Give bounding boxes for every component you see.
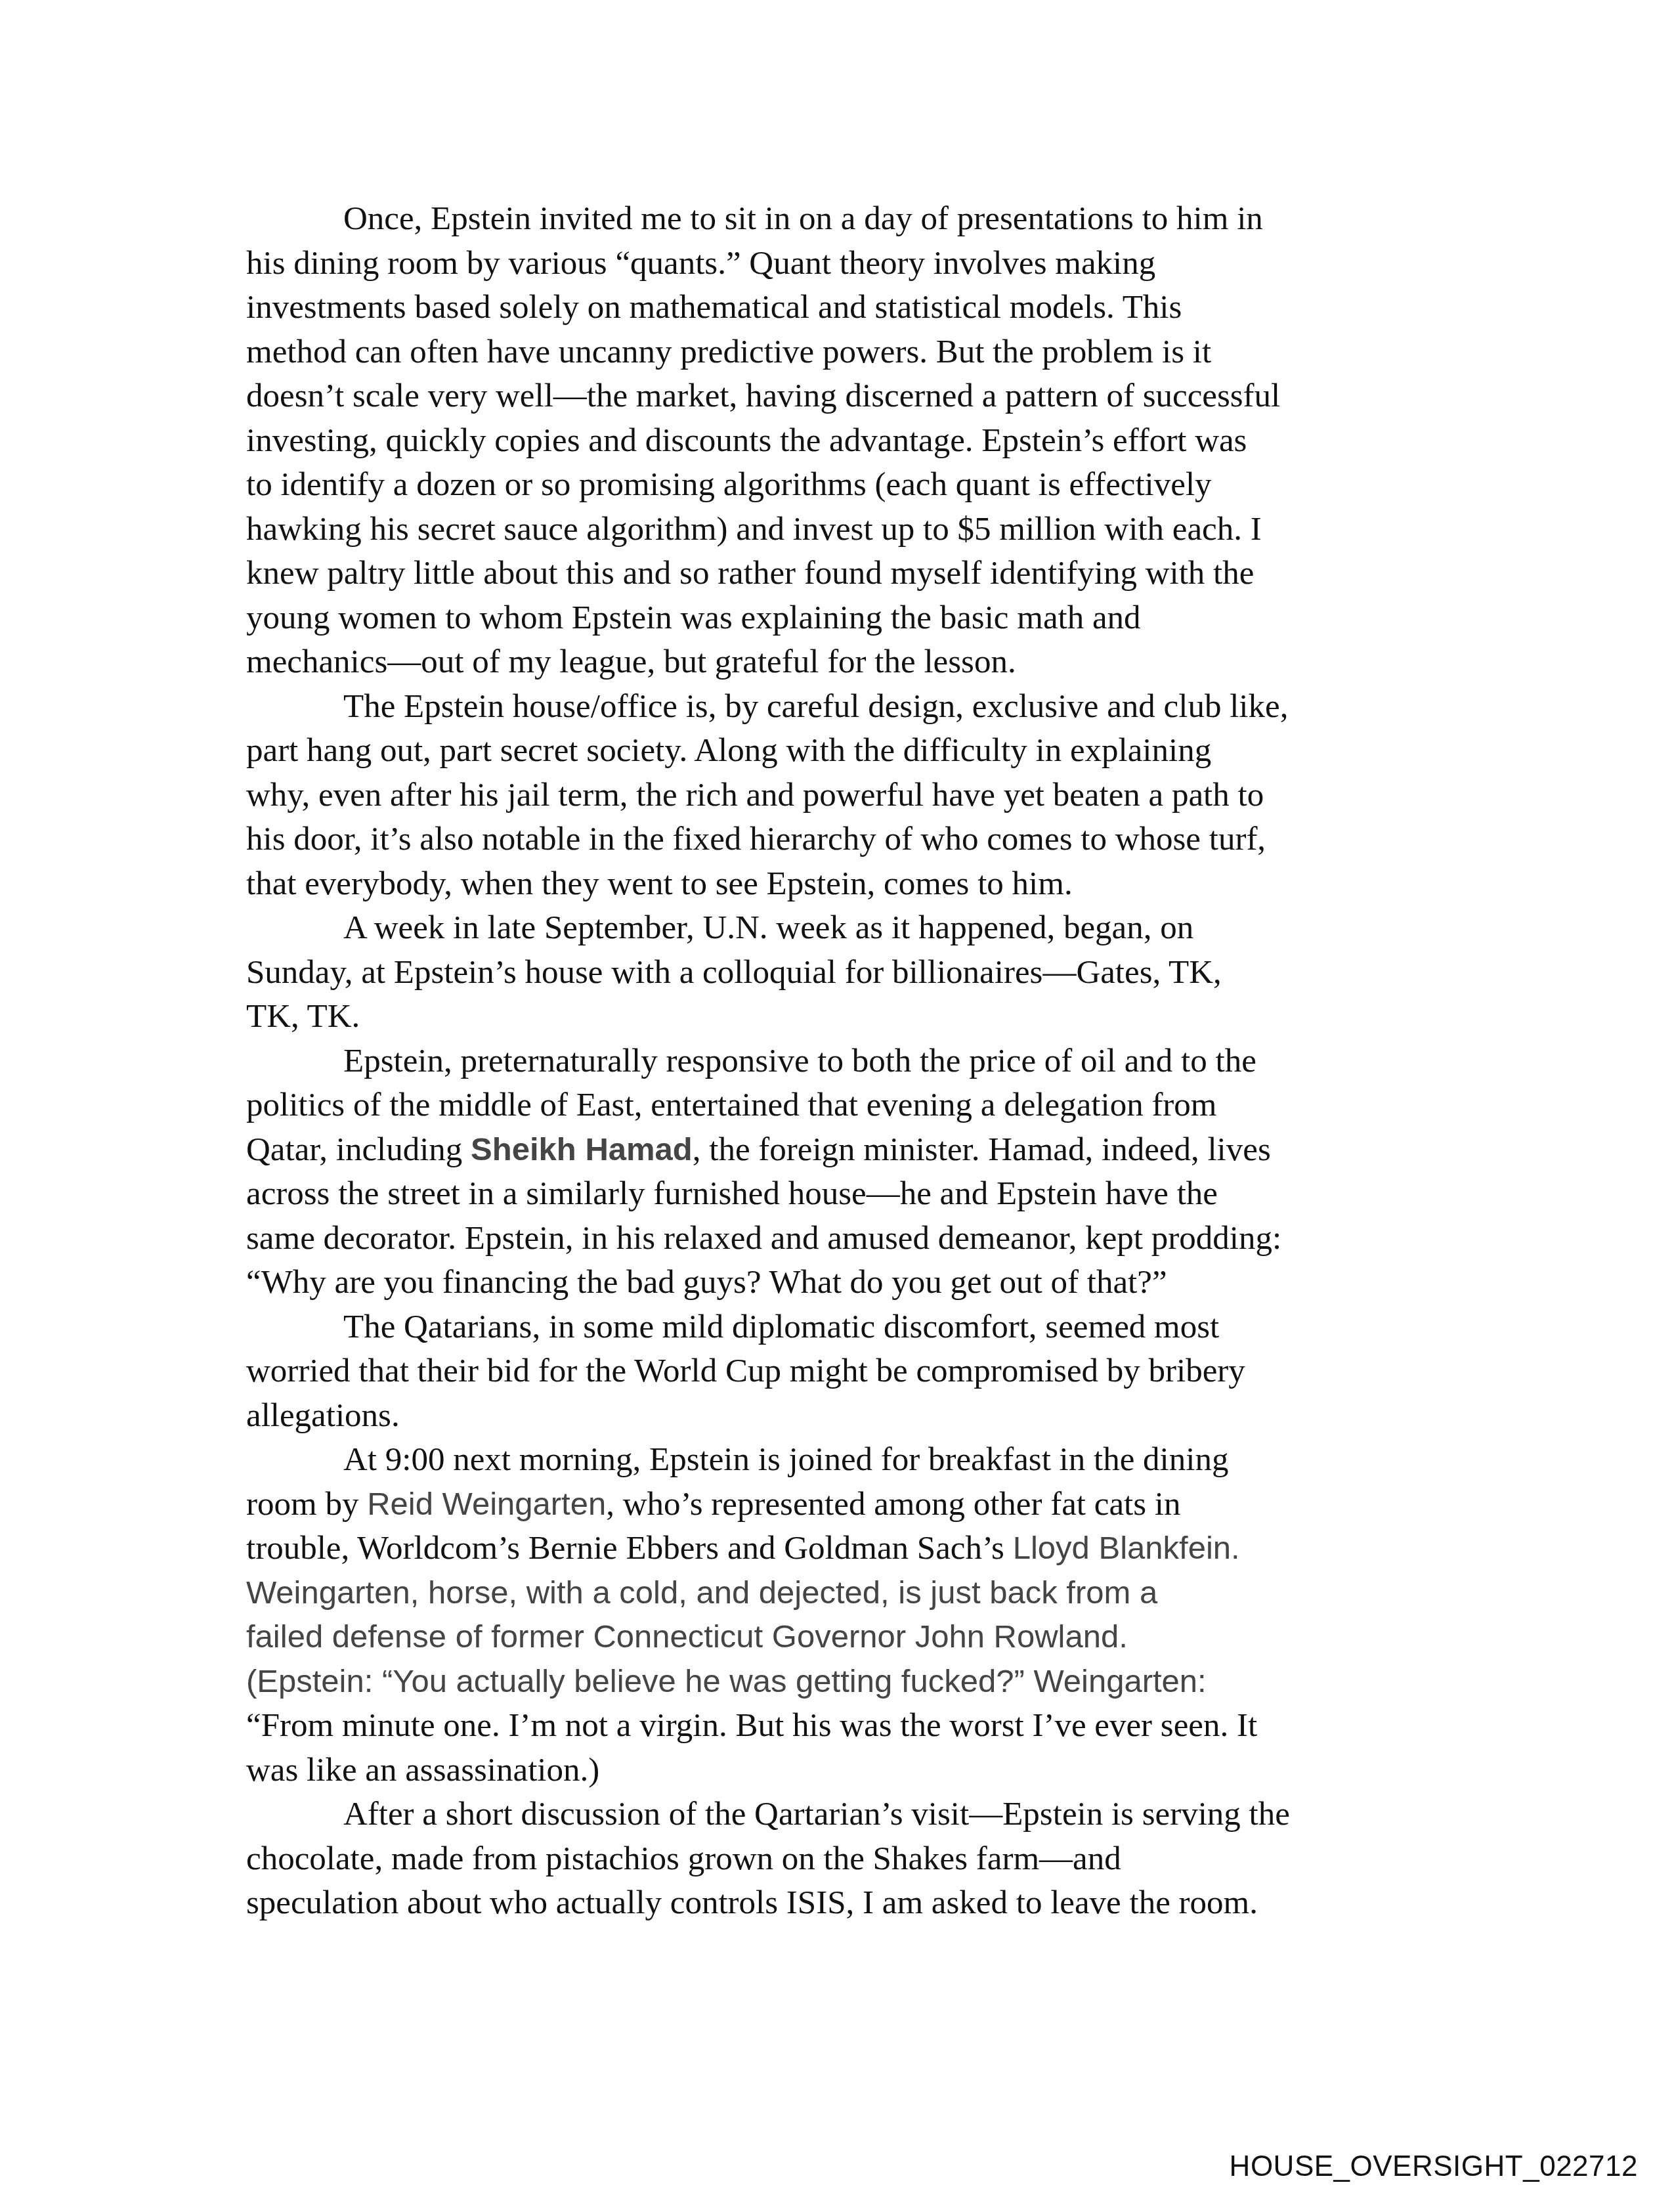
paragraph-quants: Once, Epstein invited me to sit in on a …: [246, 197, 1448, 685]
text-line: “Why are you financing the bad guys? Wha…: [246, 1261, 1448, 1305]
text-run: , the foreign minister. Hamad, indeed, l…: [693, 1131, 1271, 1168]
text-line: Once, Epstein invited me to sit in on a …: [246, 197, 1448, 242]
text-line: speculation about who actually controls …: [246, 1881, 1448, 1926]
bates-number: HOUSE_OVERSIGHT_022712: [1230, 2150, 1638, 2183]
text-line: TK, TK.: [246, 995, 1448, 1039]
text-line: “From minute one. I’m not a virgin. But …: [246, 1704, 1448, 1748]
paragraph-un-week: A week in late September, U.N. week as i…: [246, 906, 1448, 1039]
highlighted-name: Lloyd Blankfein.: [1013, 1530, 1240, 1566]
document-body: Once, Epstein invited me to sit in on a …: [246, 197, 1448, 1926]
text-line: Qatar, including Sheikh Hamad, the forei…: [246, 1128, 1448, 1173]
highlighted-text: failed defense of former Connecticut Gov…: [246, 1619, 1128, 1655]
text-line: doesn’t scale very well—the market, havi…: [246, 374, 1448, 419]
text-line: knew paltry little about this and so rat…: [246, 552, 1448, 596]
text-line: politics of the middle of East, entertai…: [246, 1083, 1448, 1128]
text-line: why, even after his jail term, the rich …: [246, 773, 1448, 818]
highlighted-text: Weingarten, horse, with a cold, and deje…: [246, 1575, 1157, 1611]
text-line: (Epstein: “You actually believe he was g…: [246, 1660, 1448, 1704]
paragraph-qatar-delegation: Epstein, preternaturally responsive to b…: [246, 1039, 1448, 1305]
text-line: Epstein, preternaturally responsive to b…: [246, 1039, 1448, 1084]
text-line: At 9:00 next morning, Epstein is joined …: [246, 1438, 1448, 1483]
text-line: young women to whom Epstein was explaini…: [246, 596, 1448, 641]
text-line: The Epstein house/office is, by careful …: [246, 685, 1448, 729]
text-line: investing, quickly copies and discounts …: [246, 419, 1448, 464]
text-line: that everybody, when they went to see Ep…: [246, 862, 1448, 907]
paragraph-breakfast: At 9:00 next morning, Epstein is joined …: [246, 1438, 1448, 1792]
text-line: mechanics—out of my league, but grateful…: [246, 640, 1448, 685]
text-line: Weingarten, horse, with a cold, and deje…: [246, 1571, 1448, 1616]
text-line: same decorator. Epstein, in his relaxed …: [246, 1217, 1448, 1261]
text-run: trouble, Worldcom’s Bernie Ebbers and Go…: [246, 1530, 1013, 1567]
text-line: investments based solely on mathematical…: [246, 286, 1448, 330]
text-line: allegations.: [246, 1394, 1448, 1439]
text-line: part hang out, part secret society. Alon…: [246, 729, 1448, 773]
text-line: The Qatarians, in some mild diplomatic d…: [246, 1305, 1448, 1350]
paragraph-leave-room: After a short discussion of the Qartaria…: [246, 1792, 1448, 1926]
text-line: to identify a dozen or so promising algo…: [246, 463, 1448, 508]
text-line: A week in late September, U.N. week as i…: [246, 906, 1448, 951]
highlighted-text: (Epstein: “You actually believe he was g…: [246, 1664, 1207, 1699]
text-line: his dining room by various “quants.” Qua…: [246, 242, 1448, 286]
text-line: chocolate, made from pistachios grown on…: [246, 1837, 1448, 1882]
text-run: , who’s represented among other fat cats…: [606, 1486, 1180, 1523]
text-line: trouble, Worldcom’s Bernie Ebbers and Go…: [246, 1527, 1448, 1571]
text-run: room by: [246, 1486, 367, 1523]
highlighted-name: Reid Weingarten: [367, 1486, 606, 1522]
paragraph-world-cup: The Qatarians, in some mild diplomatic d…: [246, 1305, 1448, 1439]
text-line: method can often have uncanny predictive…: [246, 330, 1448, 375]
text-line: across the street in a similarly furnish…: [246, 1172, 1448, 1217]
text-run: Qatar, including: [246, 1131, 471, 1168]
text-line: After a short discussion of the Qartaria…: [246, 1792, 1448, 1837]
highlighted-name: Sheikh Hamad: [471, 1132, 693, 1167]
text-line: worried that their bid for the World Cup…: [246, 1349, 1448, 1394]
text-line: hawking his secret sauce algorithm) and …: [246, 508, 1448, 552]
text-line: his door, it’s also notable in the fixed…: [246, 817, 1448, 862]
paragraph-house-office: The Epstein house/office is, by careful …: [246, 685, 1448, 907]
text-line: room by Reid Weingarten, who’s represent…: [246, 1483, 1448, 1527]
text-line: failed defense of former Connecticut Gov…: [246, 1615, 1448, 1660]
text-line: Sunday, at Epstein’s house with a colloq…: [246, 951, 1448, 995]
text-line: was like an assassination.): [246, 1748, 1448, 1793]
